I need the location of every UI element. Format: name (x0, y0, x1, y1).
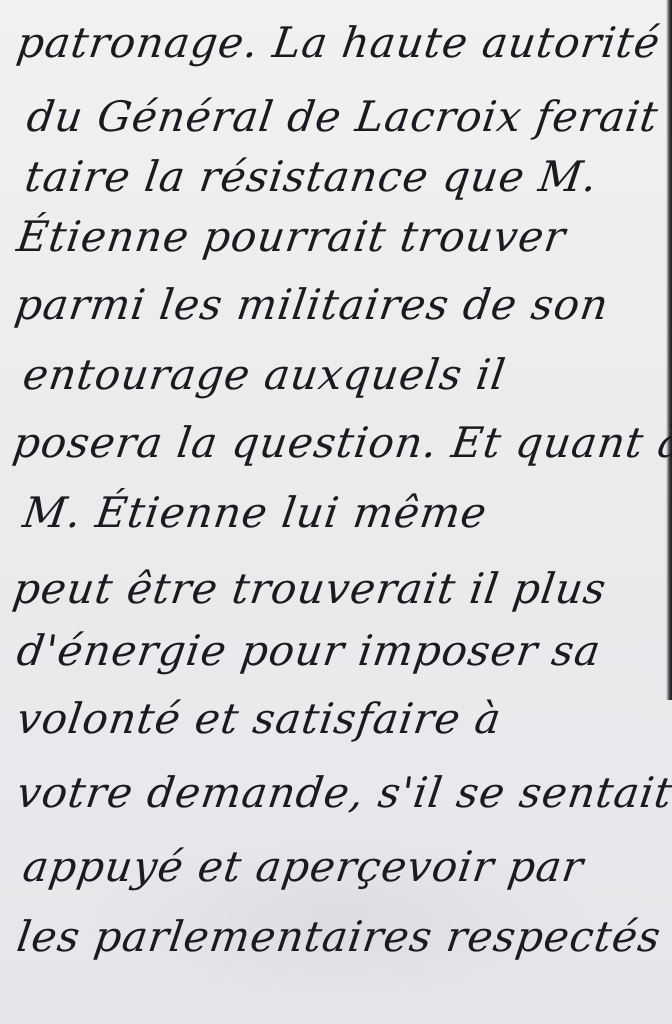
page-edge-shadow (666, 0, 672, 700)
text-line-7: posera la question. Et quant à (10, 418, 672, 467)
text-line-8: M. Étienne lui même (20, 488, 490, 537)
manuscript-page: patronage. La haute autorité du Général … (0, 0, 672, 1024)
text-line-4: Étienne pourrait trouver (14, 212, 569, 261)
text-line-5: parmi les militaires de son (12, 280, 612, 329)
text-line-2: du Général de Lacroix ferait (24, 92, 662, 141)
text-line-13: appuyé et aperçevoir par (20, 842, 587, 891)
text-line-10: d'énergie pour imposer sa (14, 626, 604, 675)
text-line-14: les parlementaires respectés (14, 912, 664, 961)
text-line-3: taire la résistance que M. (22, 152, 601, 201)
text-line-6: entourage auxquels il (20, 350, 509, 399)
text-line-9: peut être trouverait il plus (10, 564, 610, 613)
text-line-12: votre demande, s'il se sentait (14, 768, 672, 817)
text-line-11: volonté et satisfaire à (14, 694, 505, 743)
text-line-1: patronage. La haute autorité (14, 18, 664, 67)
